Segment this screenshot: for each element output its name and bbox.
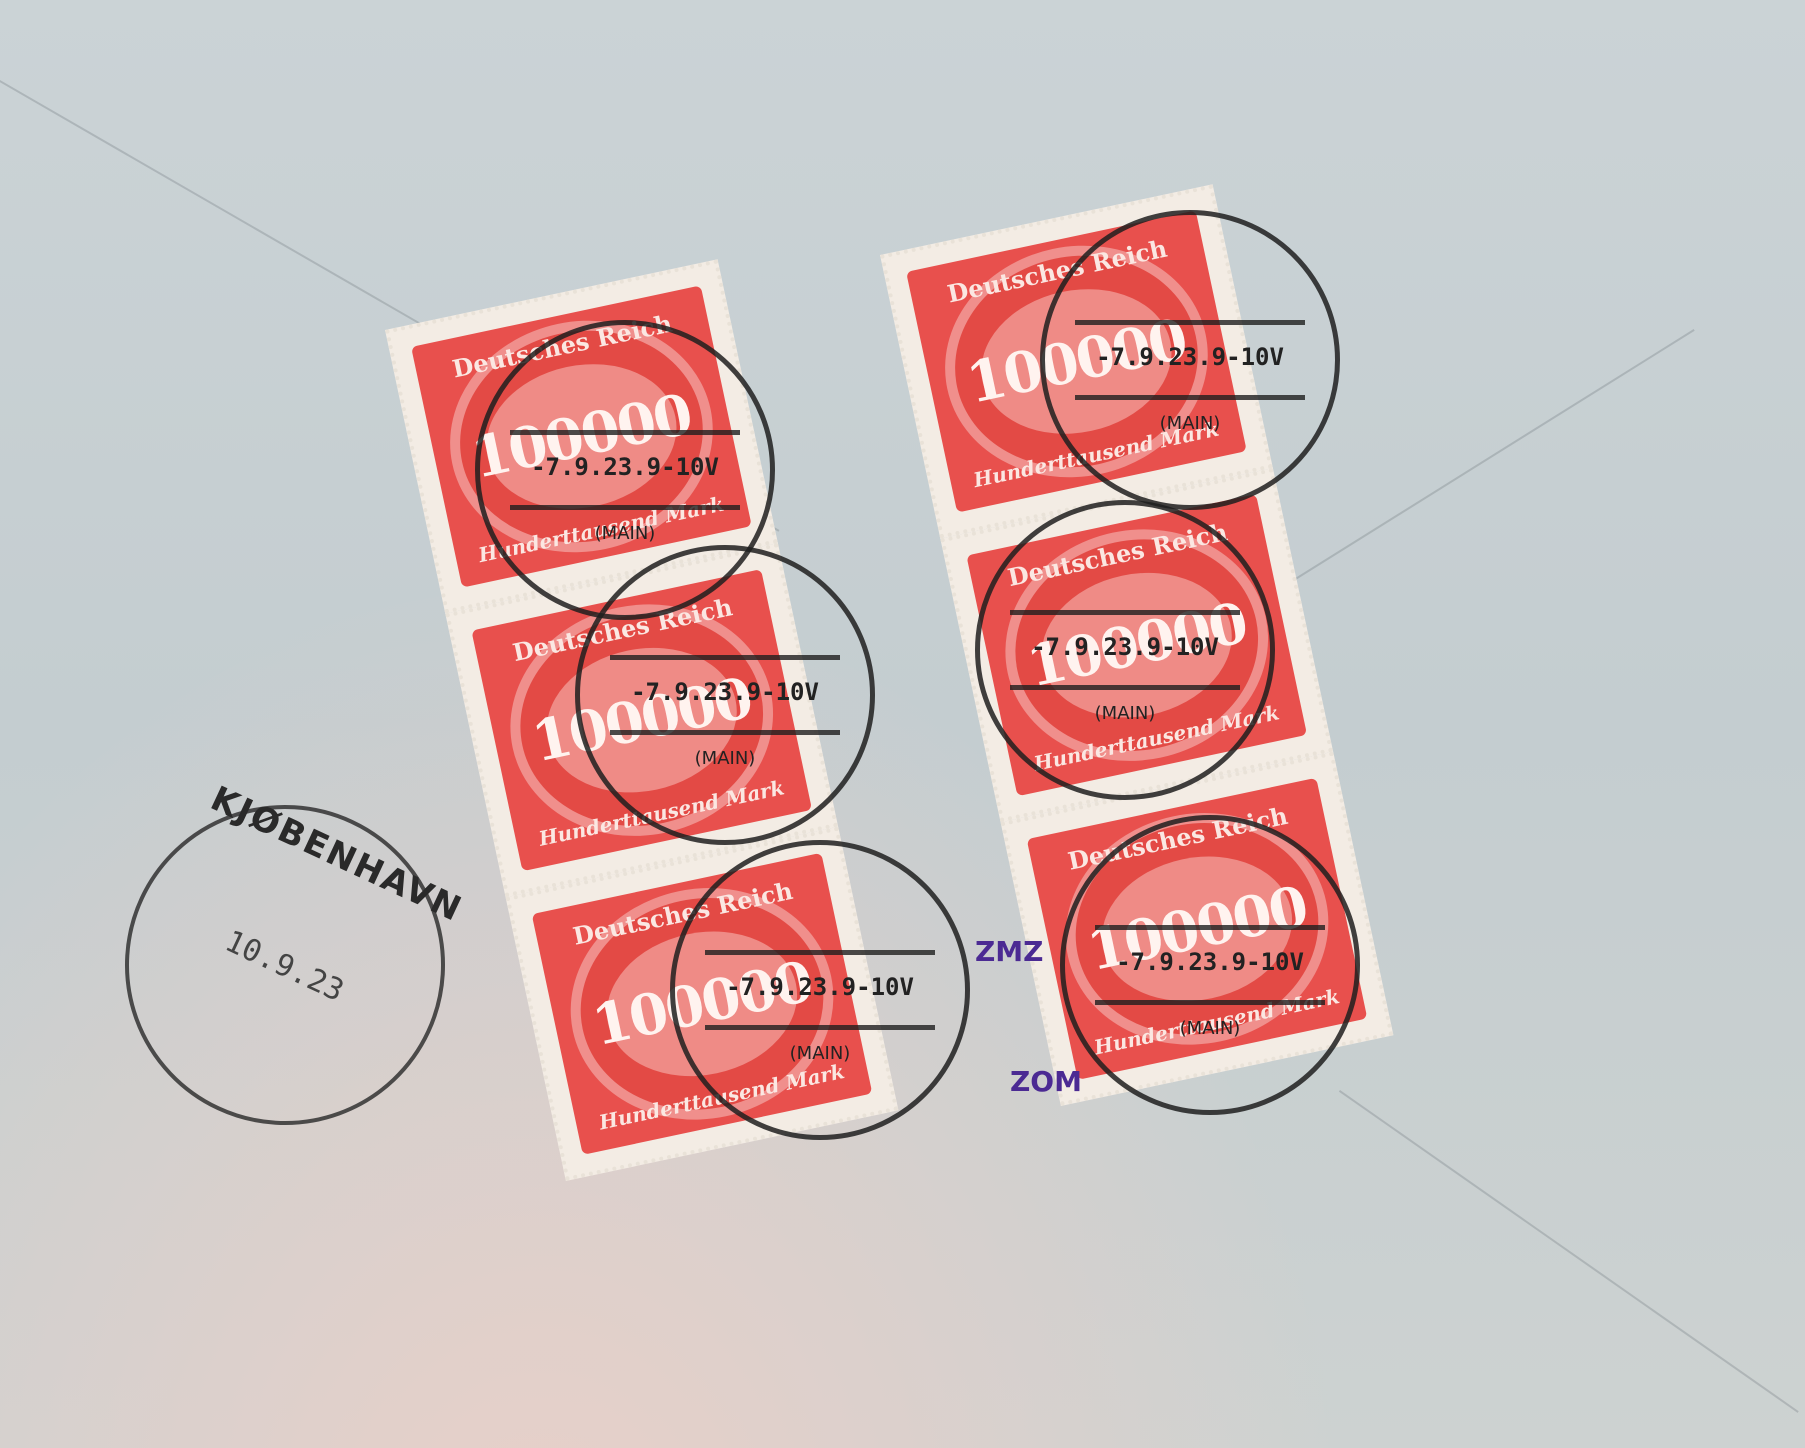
flap-crease [1339, 1090, 1799, 1413]
envelope-back: Deutsches Reich 100000 Hunderttausend Ma… [0, 0, 1805, 1448]
postmark: -7.9.23.9-10V (MAIN) [1040, 210, 1340, 510]
postmark: -7.9.23.9-10V (MAIN) [975, 500, 1275, 800]
postmark: -7.9.23.9-10V (MAIN) [670, 840, 970, 1140]
violet-handstamp: ZMZ [975, 935, 1043, 968]
postmark: -7.9.23.9-10V (MAIN) [575, 545, 875, 845]
arrival-postmark: KJØBENHAVN 10.9.23 [72, 752, 497, 1177]
violet-handstamp: ZOM [1010, 1065, 1082, 1098]
postmark: -7.9.23.9-10V (MAIN) [1060, 815, 1360, 1115]
